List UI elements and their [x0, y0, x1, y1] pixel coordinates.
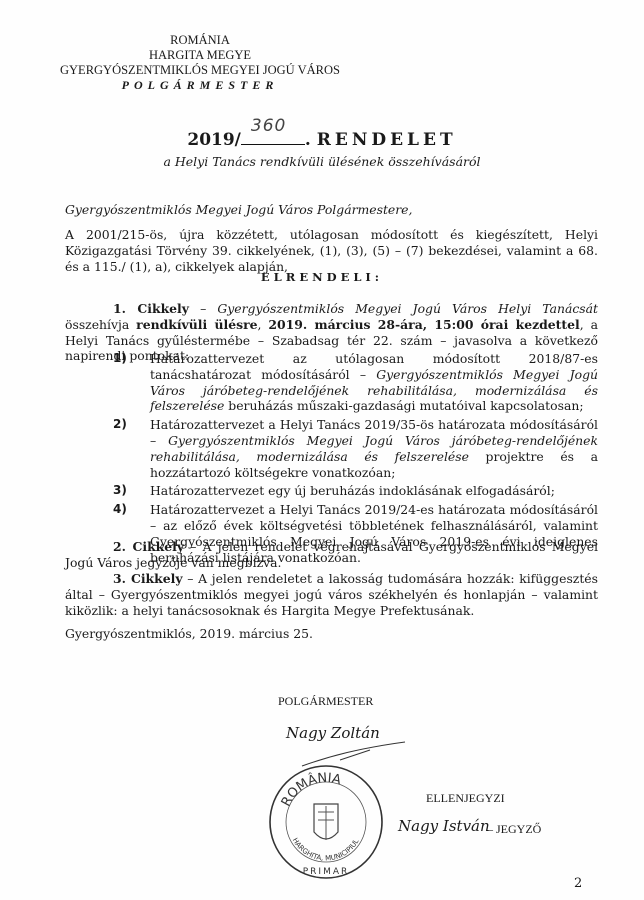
header-country: ROMÁNIA — [60, 33, 340, 48]
agenda-item: 3) Határozattervezet egy új beruházás in… — [113, 483, 598, 499]
article-1-label: 1. Cikkely — [113, 301, 189, 316]
agenda-text: Határozattervezet egy új beruházás indok… — [150, 483, 555, 498]
agenda-number: 1) — [113, 351, 127, 367]
header-county: HARGITA MEGYE — [60, 48, 340, 63]
handwritten-number: 360 — [251, 116, 286, 136]
notary-title: – JEGYZŐ — [487, 822, 541, 837]
article-3-label: 3. Cikkely — [113, 571, 183, 586]
countersign-label: ELLENJEGYZI — [426, 791, 505, 806]
mayor-title: POLGÁRMESTER — [278, 694, 373, 709]
document-page: ROMÁNIA HARGITA MEGYE GYERGYÓSZENTMIKLÓS… — [0, 0, 644, 900]
decree-subtitle: a Helyi Tanács rendkívüli ülésének össze… — [0, 154, 644, 169]
header-city: GYERGYÓSZENTMIKLÓS MEGYEI JOGÚ VÁROS — [60, 63, 340, 78]
agenda-list: 1) Határozattervezet az utólagosan módos… — [113, 351, 598, 568]
official-seal-icon: ROMÂNIA HARGHITA, MUNICIPIUL PRIMAR — [266, 762, 386, 882]
article-2-label: 2. Cikkely — [113, 539, 184, 554]
decree-dot: . — [305, 130, 311, 150]
article-1-subject: Gyergyószentmiklós Megyei Jogú Város Hel… — [217, 301, 598, 316]
dash: – — [189, 301, 217, 316]
article-1-session: rendkívüli ülésre — [136, 317, 257, 332]
page-number: 2 — [574, 876, 582, 891]
place-date: Gyergyószentmiklós, 2019. március 25. — [65, 626, 598, 642]
agenda-text-end: beruházás műszaki-gazdasági mutatóival k… — [224, 398, 583, 413]
decree-year: 2019/ — [187, 130, 241, 150]
notary-signature: Nagy István — [398, 817, 490, 835]
agenda-number: 4) — [113, 502, 127, 518]
agenda-item: 1) Határozattervezet az utólagosan módos… — [113, 351, 598, 414]
agenda-number: 3) — [113, 483, 127, 499]
svg-text:HARGHITA, MUNICIPIUL: HARGHITA, MUNICIPIUL — [291, 837, 361, 863]
svg-text:ROMÂNIA: ROMÂNIA — [279, 771, 343, 809]
letterhead: ROMÁNIA HARGITA MEGYE GYERGYÓSZENTMIKLÓS… — [60, 33, 340, 93]
decree-word: RENDELET — [317, 130, 457, 150]
legal-basis: A 2001/215-ös, újra közzétett, utólagosa… — [65, 227, 598, 274]
header-office: POLGÁRMESTER — [60, 78, 340, 93]
svg-text:PRIMAR: PRIMAR — [303, 867, 350, 877]
article-1-datetime: 2019. március 28-ára, 15:00 órai kezdett… — [268, 317, 579, 332]
decree-number-field: 360 — [241, 130, 305, 145]
comma: , — [258, 317, 269, 332]
issuer-line: Gyergyószentmiklós Megyei Jogú Város Pol… — [65, 202, 598, 218]
agenda-item: 2) Határozattervezet a Helyi Tanács 2019… — [113, 417, 598, 480]
article-3: 3. Cikkely – A jelen rendeletet a lakoss… — [65, 571, 598, 618]
article-1-verb: összehívja — [65, 317, 136, 332]
article-2: 2. Cikkely – A jelen rendelet végrehajtá… — [65, 539, 598, 571]
agenda-number: 2) — [113, 417, 127, 433]
decree-heading: ELRENDELI: — [0, 270, 644, 284]
decree-title: 2019/360. RENDELET — [0, 130, 644, 150]
